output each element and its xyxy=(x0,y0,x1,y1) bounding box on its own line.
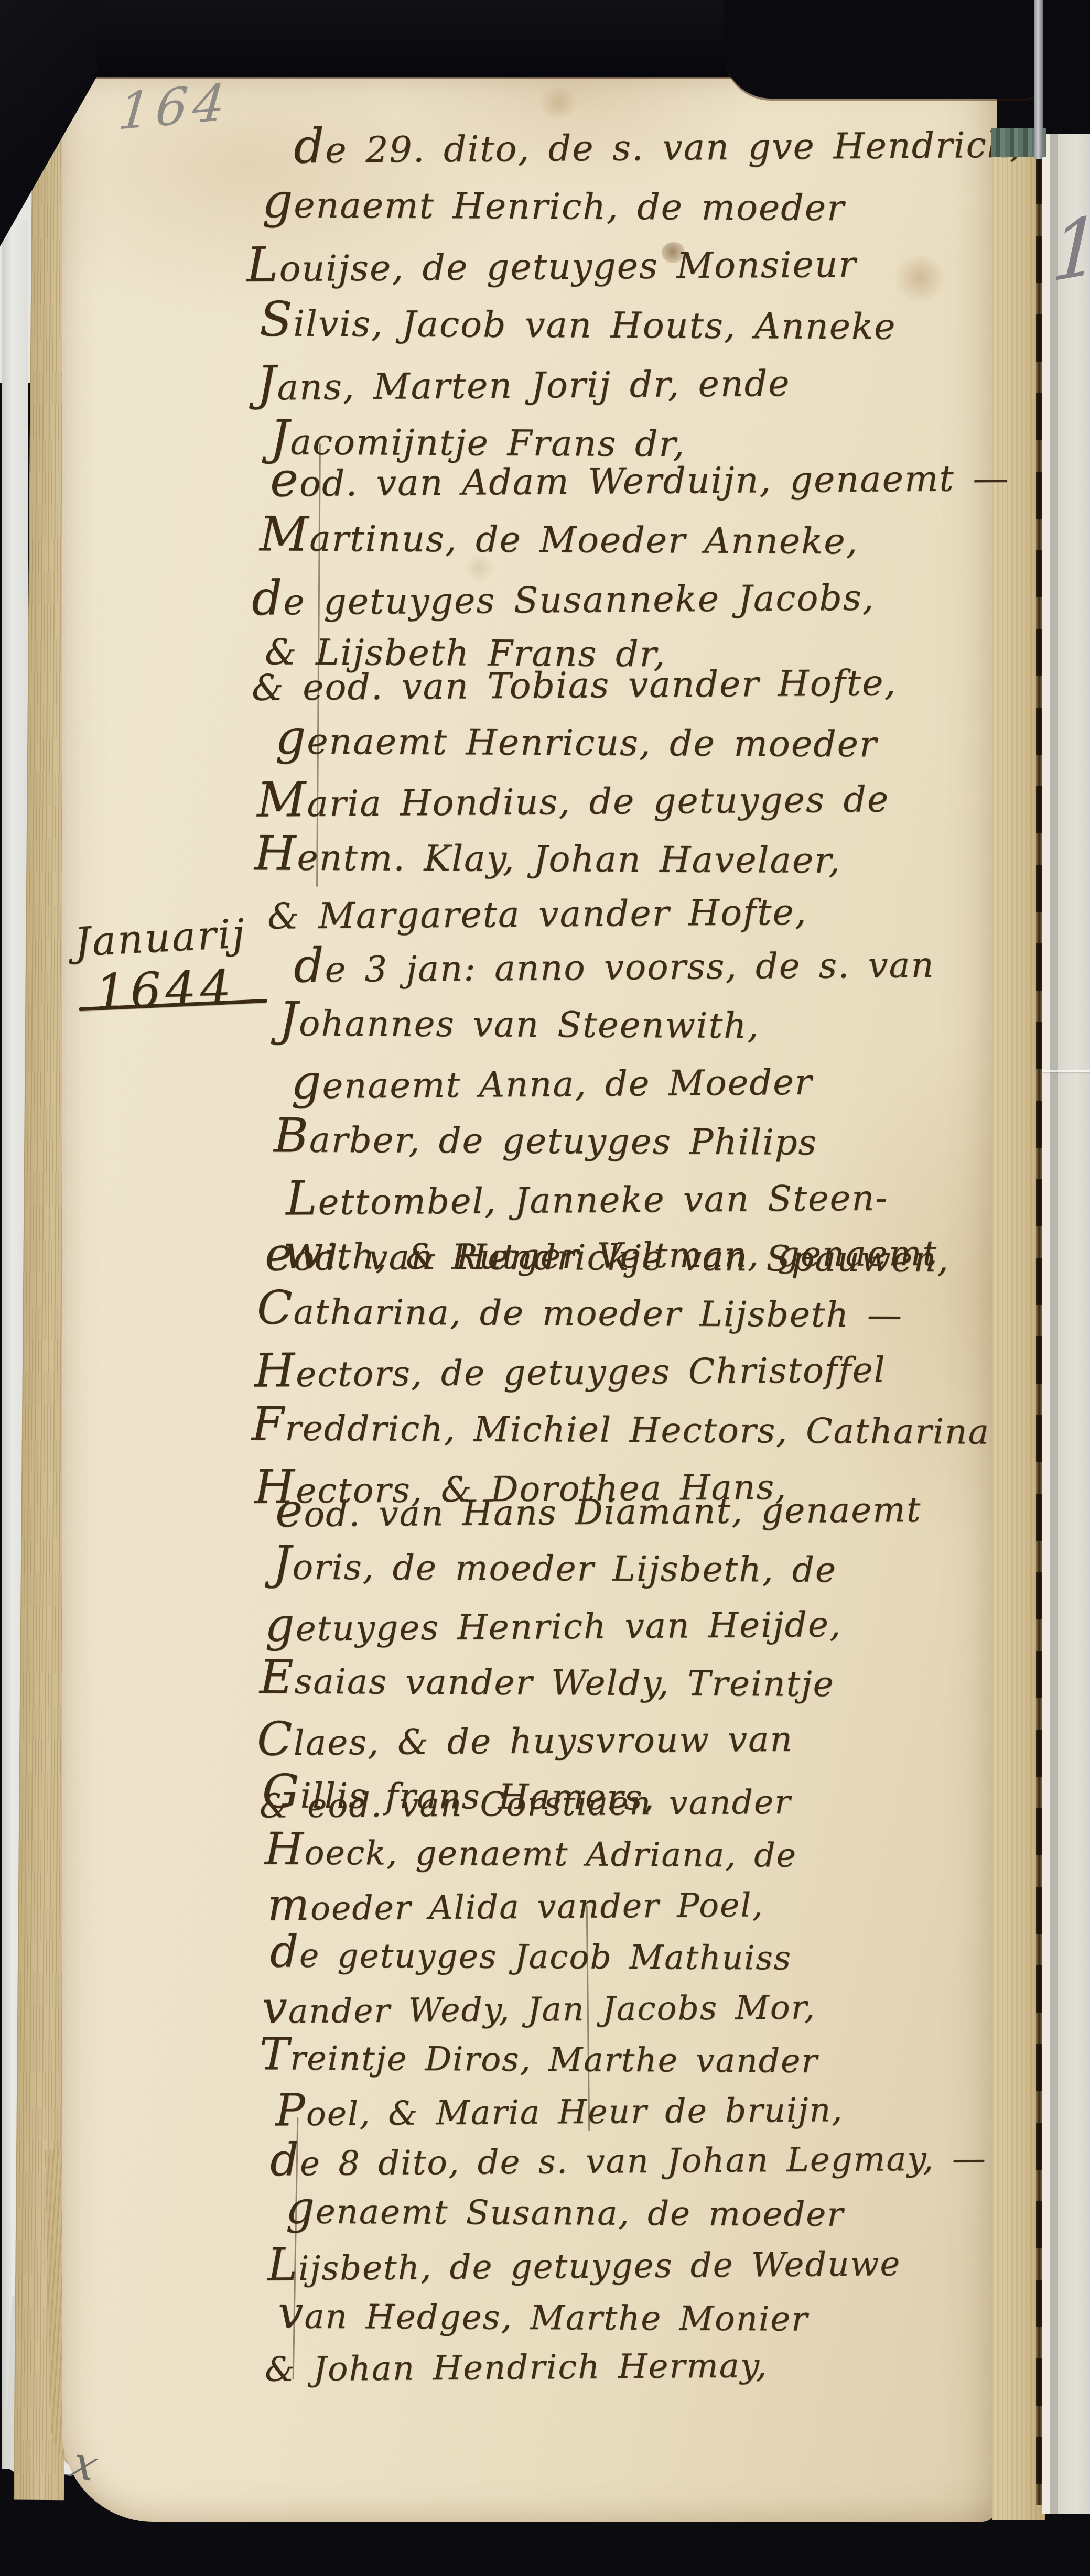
manuscript-line: de getuyges Susanneke Jacobs, xyxy=(252,565,1012,630)
manuscript-line: Maria Hondius, de getuyges de xyxy=(257,767,1012,831)
manuscript-line: genaemt Anna, de Moeder xyxy=(291,1050,1012,1114)
manuscript-line: de 8 dito, de s. van Johan Legmay, — xyxy=(270,2130,1012,2188)
baptism-entry: de 29. dito, de s. van gve Hendrick, gen… xyxy=(246,116,1012,472)
manuscript-line: Joris, de moeder Lijsbeth, de xyxy=(273,1536,1012,1597)
background-top-dip xyxy=(724,0,1059,99)
baptism-entry: de 8 dito, de s. van Johan Legmay, — gen… xyxy=(246,2133,1012,2391)
manuscript-line: Silvis, Jacob van Houts, Anneke xyxy=(260,292,1012,355)
manuscript-line: de getuyges Jacob Mathuiss xyxy=(270,1928,1012,1983)
manuscript-line: Catharina, de moeder Lijsbeth — xyxy=(257,1280,1012,1343)
manuscript-line: Claes, & de huysvrouw van xyxy=(257,1707,1012,1769)
paper-stain xyxy=(535,88,582,117)
facing-page-sliver: 16 xyxy=(1042,132,1090,2514)
manuscript-line: Lettombel, Janneke van Steen- xyxy=(286,1166,1012,1230)
manuscript-line: Esaias vander Weldy, Treintje xyxy=(260,1650,1012,1712)
manuscript-line: Jans, Marten Jorij dr, ende xyxy=(257,350,1012,415)
manuscript-line: genaemt Susanna, de moeder xyxy=(286,2183,1012,2240)
manuscript-line: Poel, & Maria Heur de bruijn, xyxy=(275,2081,1012,2138)
manuscript-line: genaemt Henrich, de moeder xyxy=(262,173,1012,236)
manuscript-line: Martinus, de Moeder Anneke, xyxy=(260,507,1012,570)
page-number-pencil: 164 xyxy=(116,72,232,142)
manuscript-photo: 16 164 x Januarij 1644 de 29. dito, de s… xyxy=(0,0,1090,2576)
manuscript-line: Johannes van Steenwith, xyxy=(279,992,1012,1054)
manuscript-line: Lijsbeth, de getuyges de Weduwe xyxy=(267,2235,1012,2293)
manuscript-line: moeder Alida vander Poel, xyxy=(267,1875,1012,1932)
manuscript-line: genaemt Henricus, de moeder xyxy=(275,710,1012,772)
manuscript-line: Hoeck, genaemt Adriana, de xyxy=(265,1825,1012,1880)
manuscript-line: de 3 jan: anno voorss, de s. van xyxy=(294,933,1012,997)
manuscript-line: Hectors, de getuyges Christoffel xyxy=(254,1338,1012,1401)
manuscript-line: van Hedges, Marthe Monier xyxy=(278,2288,1012,2344)
manuscript-line: Treintje Diros, Marthe vander xyxy=(260,2030,1012,2086)
manuscript-line: getuyges Henrich van Heijde, xyxy=(265,1592,1012,1655)
manuscript-line: & eod. van Tobias vander Hofte, xyxy=(252,655,1012,715)
manuscript-line: & eod. van Corstiaen vander xyxy=(260,1777,1012,1830)
baptism-entry: & eod. van Tobias vander Hofte, genaemt … xyxy=(246,658,1012,941)
manuscript-line: Louijse, de getuyges Monsieur xyxy=(246,232,1012,297)
baptism-entry: eod. van Rutger Veltman, genaemt Cathari… xyxy=(246,1224,1012,1515)
manuscript-line: eod. van Rutger Veltman, genaemt xyxy=(265,1221,1012,1285)
facing-page-crease xyxy=(1042,1070,1090,1072)
baptism-entry: & eod. van Corstiaen vander Hoeck, genae… xyxy=(246,1780,1012,2135)
book-cradle-rod xyxy=(1034,0,1043,159)
baptism-entry: eod. van Hans Diamant, genaemt Joris, de… xyxy=(246,1481,1012,1824)
manuscript-line: & Johan Hendrich Hermay, xyxy=(265,2340,1012,2394)
manuscript-line: Hentm. Klay, Johan Havelaer, xyxy=(254,827,1012,889)
manuscript-line: Freddrich, Michiel Hectors, Catharina xyxy=(252,1397,1012,1459)
gutter-shadow-line xyxy=(1036,157,1042,2505)
facing-page-number: 16 xyxy=(1050,189,1090,300)
baptism-entry: eod. van Adam Werduijn, genaemt — Martin… xyxy=(246,450,1012,682)
manuscript-line: eod. van Hans Diamant, genaemt xyxy=(275,1478,1012,1541)
manuscript-line: eod. van Adam Werduijn, genaemt — xyxy=(270,447,1012,512)
manuscript-line: vander Wedy, Jan Jacobs Mor, xyxy=(262,1978,1012,2035)
manuscript-line: Barber, de getuyges Philips xyxy=(274,1108,1012,1170)
background-top-right xyxy=(1040,0,1090,134)
manuscript-line: de 29. dito, de s. van gve Hendrick, xyxy=(294,114,1012,179)
